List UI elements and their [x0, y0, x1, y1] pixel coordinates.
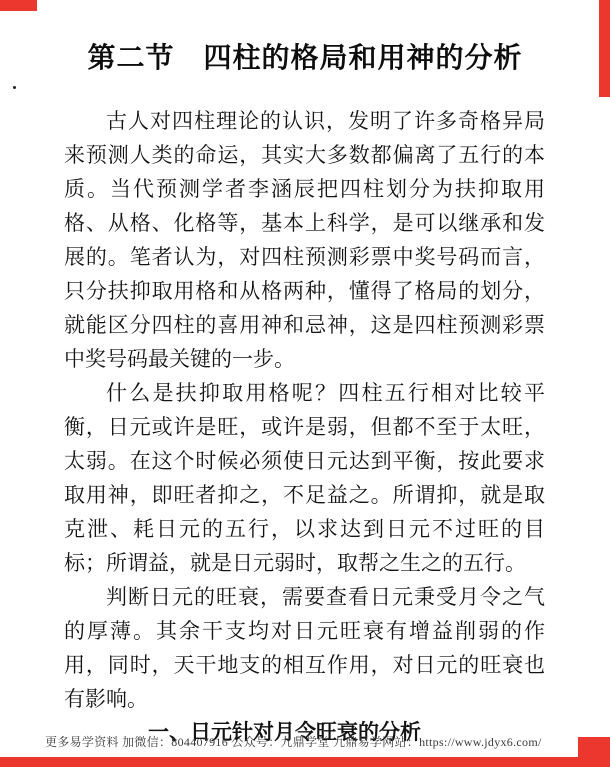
red-mark-top-left: [0, 0, 37, 11]
section-title: 第二节 四柱的格局和用神的分析: [0, 36, 610, 76]
book-page: 第二节 四柱的格局和用神的分析 古人对四柱理论的认识，发明了许多奇格异局来预测人…: [0, 0, 610, 767]
stray-ink-dot: [13, 86, 16, 89]
paragraph: 古人对四柱理论的认识，发明了许多奇格异局来预测人类的命运，其实大多数都偏离了五行…: [64, 104, 545, 376]
watermark-footer: 更多易学资料 加微信：804407916 公众号：九鼎学堂 九鼎易学网站：htt…: [45, 734, 565, 750]
red-mark-right-edge: [599, 0, 610, 97]
red-mark-bottom-right: [578, 737, 610, 767]
paragraph: 什么是扶抑取用格呢？四柱五行相对比较平衡，日元或许是旺，或许是弱，但都不至于太旺…: [64, 376, 545, 580]
body-text: 古人对四柱理论的认识，发明了许多奇格异局来预测人类的命运，其实大多数都偏离了五行…: [64, 104, 545, 750]
paragraph: 判断日元的旺衰，需要查看日元秉受月令之气的厚薄。其余干支均对日元旺衰有增益削弱的…: [64, 580, 545, 716]
red-mark-bottom-bar: [0, 757, 578, 767]
